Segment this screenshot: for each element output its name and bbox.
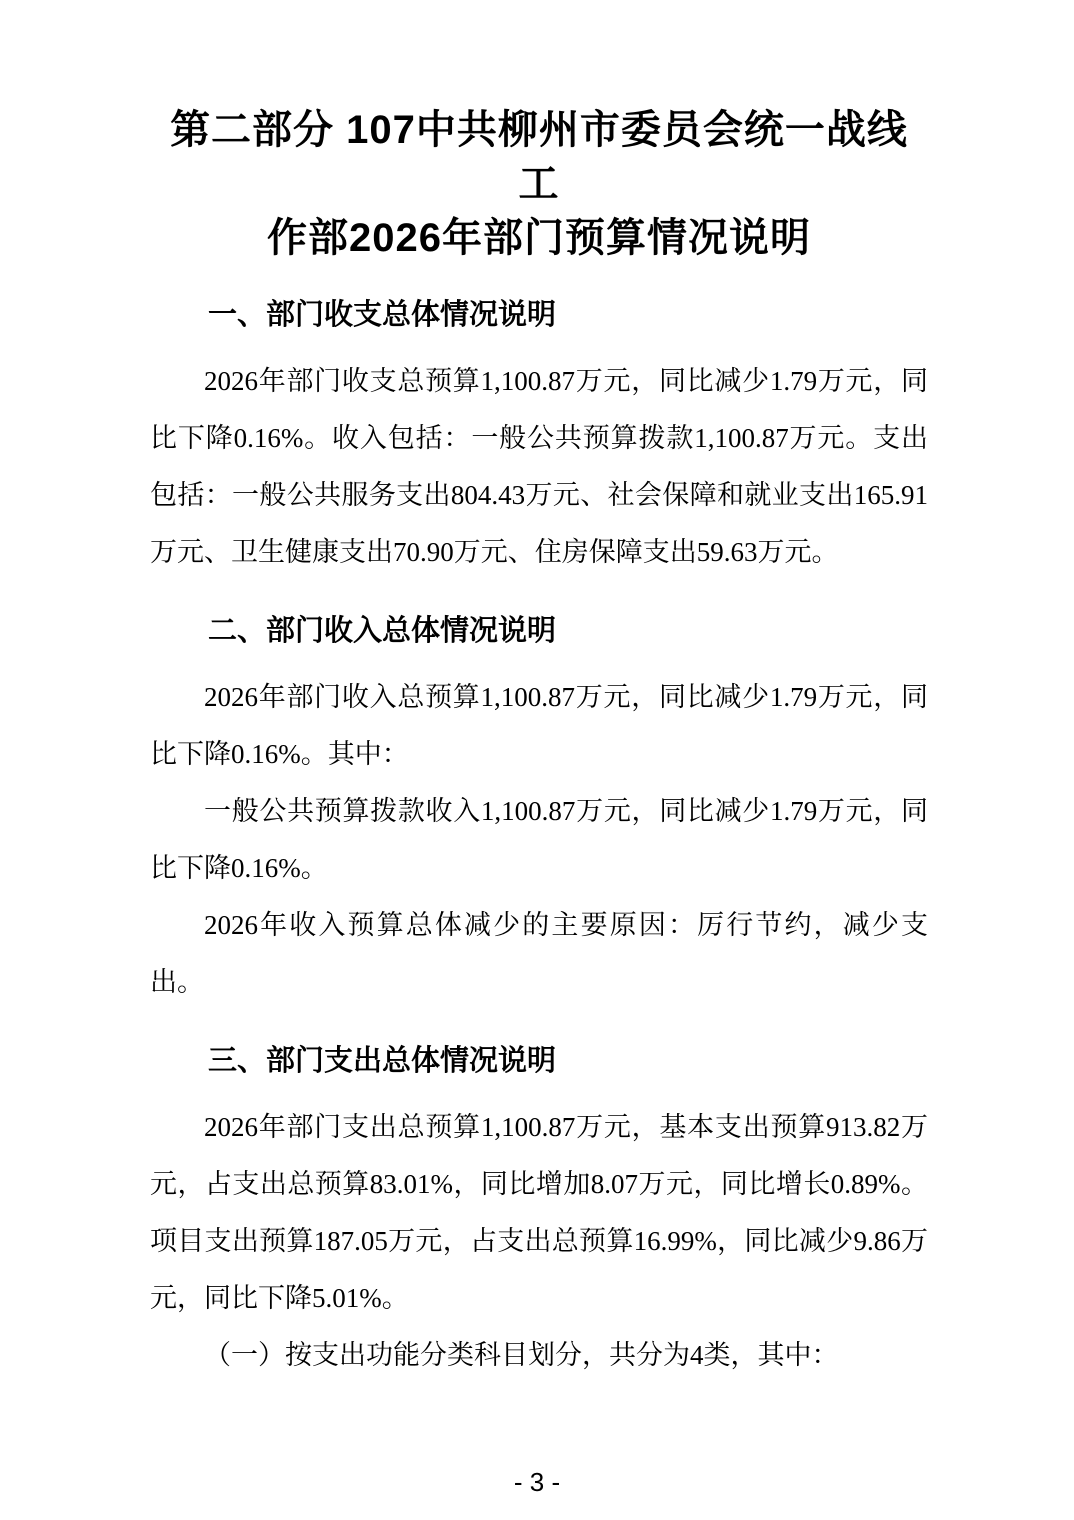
paragraph: （一）按支出功能分类科目划分，共分为4类，其中：: [150, 1327, 928, 1384]
section-heading-income-expense-overview: 一、部门收支总体情况说明: [150, 295, 928, 335]
paragraph: 2026年部门收入总预算1,100.87万元，同比减少1.79万元，同比下降0.…: [150, 669, 928, 783]
section-heading-income-overview: 二、部门收入总体情况说明: [150, 611, 928, 651]
document-title-line-2: 作部2026年部门预算情况说明: [150, 211, 928, 265]
paragraph: 2026年收入预算总体减少的主要原因：厉行节约，减少支出。: [150, 897, 928, 1011]
document-page: 第二部分 107中共柳州市委员会统一战线工 作部2026年部门预算情况说明 一、…: [0, 0, 1074, 1520]
document-content: 第二部分 107中共柳州市委员会统一战线工 作部2026年部门预算情况说明 一、…: [0, 0, 1074, 1384]
page-number: - 3 -: [0, 1467, 1074, 1498]
document-title: 第二部分 107中共柳州市委员会统一战线工 作部2026年部门预算情况说明: [150, 103, 928, 265]
paragraph: 2026年部门支出总预算1,100.87万元，基本支出预算913.82万元，占支…: [150, 1099, 928, 1327]
document-title-line-1: 第二部分 107中共柳州市委员会统一战线工: [150, 103, 928, 211]
section-heading-expense-overview: 三、部门支出总体情况说明: [150, 1041, 928, 1081]
paragraph: 一般公共预算拨款收入1,100.87万元，同比减少1.79万元，同比下降0.16…: [150, 783, 928, 897]
paragraph: 2026年部门收支总预算1,100.87万元，同比减少1.79万元，同比下降0.…: [150, 353, 928, 581]
